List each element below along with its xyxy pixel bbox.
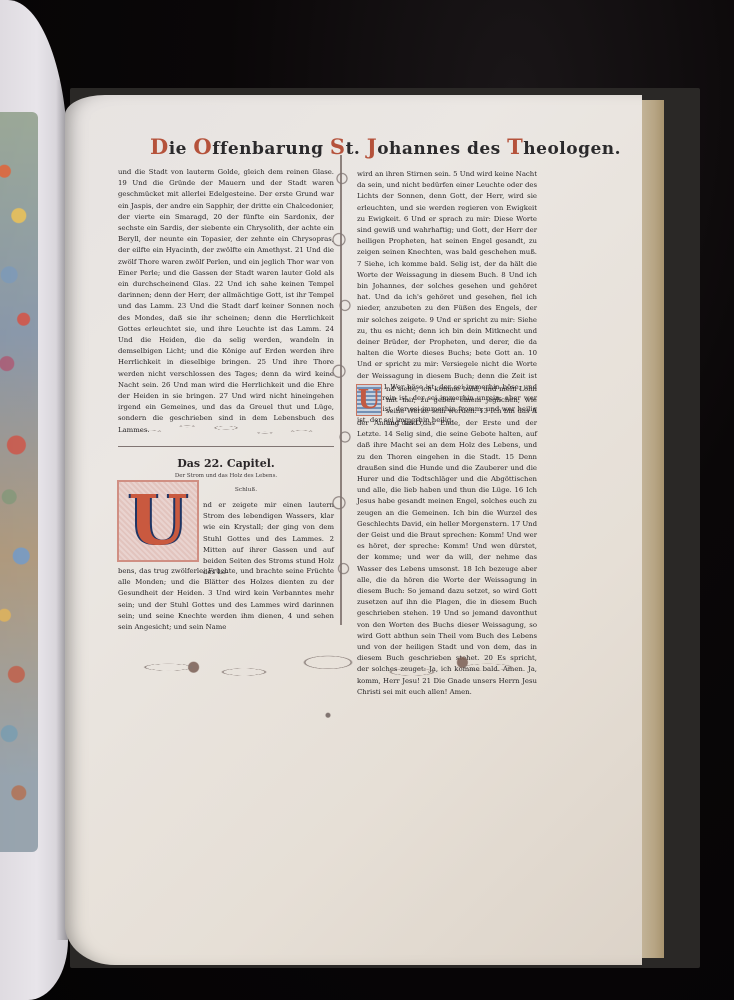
title-initial-j: J bbox=[367, 134, 377, 159]
illuminated-initial-u: U bbox=[117, 480, 199, 562]
floral-vine-ornament bbox=[327, 155, 357, 625]
illuminated-floral-border bbox=[0, 112, 38, 852]
chapter-subtitle: Der Strom und das Holz des Lebens. bbox=[118, 473, 334, 479]
title-initial-t: T bbox=[507, 134, 523, 159]
page-block-edge bbox=[640, 100, 664, 958]
small-illuminated-initial-u: U bbox=[356, 384, 382, 416]
chapter-21-text-column: und die Stadt von lauterm Golde, gleich … bbox=[118, 167, 334, 436]
title-initial-d: D bbox=[150, 134, 169, 159]
bottom-scroll-ornament bbox=[118, 624, 538, 720]
chapter-heading: Das 22. Capitel. bbox=[118, 457, 334, 470]
scroll-ornament-divider bbox=[118, 413, 334, 447]
title-initial-o: O bbox=[193, 134, 212, 159]
